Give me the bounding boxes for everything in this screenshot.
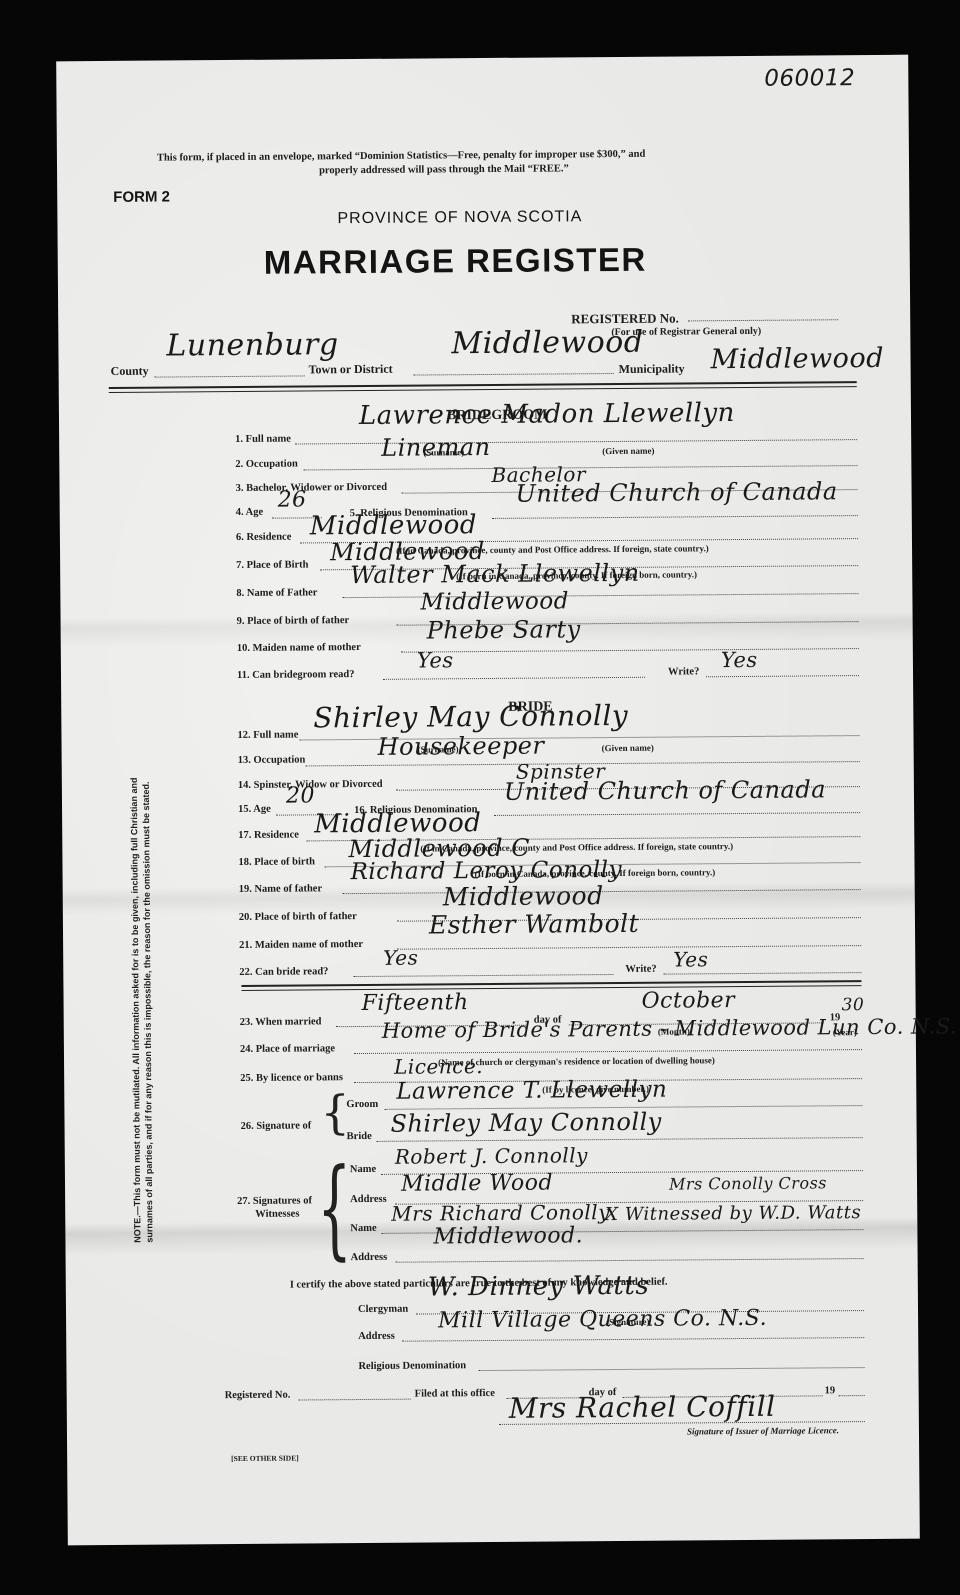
groom-full-name-label: 1. Full name bbox=[235, 434, 291, 445]
licence-or-banns-label: 25. By licence or banns bbox=[240, 1072, 343, 1084]
bride-can-read-underline bbox=[353, 974, 613, 977]
filing-registered-no-field[interactable] bbox=[299, 1399, 411, 1401]
county-underline bbox=[155, 375, 305, 377]
groom-signature[interactable]: Lawrence T. Llewellyn bbox=[396, 1077, 667, 1105]
bride-father-birthplace-label: 20. Place of birth of father bbox=[239, 911, 357, 923]
groom-religion[interactable]: United Church of Canada bbox=[515, 477, 837, 508]
header-divider bbox=[109, 381, 857, 393]
clergyman-religion-label: Religious Denomination bbox=[358, 1360, 466, 1372]
groom-can-write-underline bbox=[706, 675, 859, 677]
bride-signature-underline bbox=[377, 1137, 863, 1142]
witness2-address-underline bbox=[396, 1258, 864, 1263]
municipality-value[interactable]: Middlewood bbox=[710, 343, 884, 375]
filed-year-field[interactable] bbox=[839, 1395, 865, 1396]
bride-birthplace-label: 18. Place of birth bbox=[238, 856, 314, 868]
groom-can-write-label: Write? bbox=[668, 666, 699, 677]
bride-signature[interactable]: Shirley May Connolly bbox=[390, 1108, 661, 1138]
witness1-name-label: Name bbox=[350, 1164, 376, 1175]
groom-religion-underline bbox=[492, 515, 858, 519]
marriage-register-form: 060012 This form, if placed in an envelo… bbox=[56, 55, 920, 1546]
bride-occupation[interactable]: Housekeeper bbox=[377, 732, 544, 761]
groom-age[interactable]: 26 bbox=[278, 487, 307, 512]
issuer-signature-hint: Signature of Issuer of Marriage Licence. bbox=[687, 1425, 839, 1436]
bride-mother-label: 21. Maiden name of mother bbox=[239, 939, 363, 951]
licence-or-banns[interactable]: Licence. bbox=[394, 1054, 483, 1079]
bride-can-write-underline bbox=[663, 972, 861, 975]
county-value[interactable]: Lunenburg bbox=[166, 327, 338, 363]
bride-signature-label: Bride bbox=[347, 1131, 372, 1142]
filed-at-office-label: Filed at this office bbox=[415, 1388, 495, 1400]
bride-occupation-label: 13. Occupation bbox=[238, 754, 306, 766]
signature-of-label: 26. Signature of bbox=[241, 1120, 312, 1132]
filing-registered-no-label: Registered No. bbox=[225, 1390, 291, 1402]
groom-can-write[interactable]: Yes bbox=[721, 648, 758, 672]
groom-age-label: 4. Age bbox=[236, 507, 264, 518]
clergyman-address[interactable]: Mill Village Queens Co. N.S. bbox=[438, 1306, 767, 1334]
witnesses-brace: { bbox=[317, 1155, 352, 1263]
groom-occupation[interactable]: Lineman bbox=[381, 433, 491, 462]
bride-mother-maiden-name[interactable]: Esther Wambolt bbox=[429, 909, 639, 940]
when-married-label: 23. When married bbox=[240, 1016, 322, 1028]
filed-year-prefix: 19 bbox=[825, 1385, 836, 1396]
witnesses-label-line1: 27. Signatures of bbox=[237, 1195, 312, 1207]
groom-father-birthplace[interactable]: Middlewood bbox=[420, 588, 569, 615]
groom-mother-underline bbox=[401, 648, 859, 653]
bride-age[interactable]: 20 bbox=[286, 783, 315, 808]
witness1-note: Mrs Conolly Cross bbox=[669, 1173, 827, 1193]
groom-birthplace-label: 7. Place of Birth bbox=[236, 559, 308, 571]
place-of-marriage-underline bbox=[354, 1049, 862, 1054]
witness2-name-label: Name bbox=[350, 1223, 376, 1234]
witness1-name[interactable]: Robert J. Connolly bbox=[395, 1143, 588, 1169]
witness1-address[interactable]: Middle Wood bbox=[401, 1171, 553, 1197]
bride-divider bbox=[241, 980, 861, 991]
page-title: MARRIAGE REGISTER bbox=[264, 241, 647, 282]
witness2-note: X Witnessed by W.D. Watts bbox=[605, 1202, 861, 1225]
bride-religion-underline bbox=[494, 812, 860, 816]
groom-can-read[interactable]: Yes bbox=[417, 648, 454, 672]
groom-full-name-underline bbox=[295, 439, 857, 444]
see-other-side: [SEE OTHER SIDE] bbox=[231, 1454, 299, 1464]
groom-full-name[interactable]: Lawrence Madon Llewellyn bbox=[359, 398, 735, 431]
bride-full-name-label: 12. Full name bbox=[237, 729, 298, 740]
marriage-day[interactable]: Fifteenth bbox=[361, 990, 468, 1016]
witnesses-label-line2: Witnesses bbox=[255, 1208, 299, 1219]
groom-mother-maiden-name[interactable]: Phebe Sarty bbox=[427, 615, 581, 644]
clergyman-address-label: Address bbox=[358, 1331, 395, 1342]
witness2-address[interactable]: Middlewood. bbox=[433, 1223, 583, 1249]
bride-age-label: 15. Age bbox=[238, 804, 271, 815]
province-heading: PROVINCE OF NOVA SCOTIA bbox=[337, 208, 582, 228]
bride-mother-underline bbox=[397, 945, 861, 950]
side-note-line2: surnames of all parties, and if for any … bbox=[140, 777, 156, 1242]
bride-religion[interactable]: United Church of Canada bbox=[504, 775, 826, 806]
groom-occupation-label: 2. Occupation bbox=[235, 458, 298, 469]
marriage-month[interactable]: October bbox=[641, 988, 735, 1014]
witness1-address-label: Address bbox=[350, 1194, 387, 1205]
bride-residence-label: 17. Residence bbox=[238, 829, 299, 840]
clergyman-label: Clergyman bbox=[358, 1304, 408, 1315]
clergyman-signature[interactable]: W. Dinney Watts bbox=[428, 1271, 650, 1303]
groom-residence-label: 6. Residence bbox=[236, 532, 292, 543]
groom-marital-status-label: 3. Bachelor, Widower or Divorced bbox=[236, 482, 388, 494]
groom-father-label: 8. Name of Father bbox=[236, 587, 317, 599]
place-of-marriage[interactable]: Home of Bride's Parents - Middlewood Lun… bbox=[382, 1014, 957, 1043]
marriage-year[interactable]: 30 bbox=[842, 995, 865, 1015]
bride-can-read[interactable]: Yes bbox=[383, 946, 418, 970]
file-number: 060012 bbox=[764, 65, 855, 92]
clergyman-address-underline bbox=[402, 1337, 864, 1342]
side-note: NOTE.—This form must not be mutilated. A… bbox=[128, 777, 156, 1242]
bride-can-read-label: 22. Can bride read? bbox=[239, 966, 328, 978]
groom-signature-label: Groom bbox=[346, 1099, 378, 1110]
town-label: Town or District bbox=[309, 362, 393, 378]
groom-can-read-underline bbox=[383, 677, 645, 680]
issuer-signature[interactable]: Mrs Rachel Coffill bbox=[509, 1390, 776, 1425]
municipality-label: Municipality bbox=[619, 361, 685, 377]
groom-can-read-label: 11. Can bridegroom read? bbox=[237, 669, 355, 681]
clergyman-religion-field bbox=[478, 1367, 864, 1371]
bride-full-name[interactable]: Shirley May Connolly bbox=[313, 699, 628, 734]
bride-given-name-hint: (Given name) bbox=[602, 743, 654, 753]
county-label: County bbox=[111, 364, 149, 379]
town-underline bbox=[414, 373, 614, 376]
bride-father-label: 19. Name of father bbox=[239, 883, 322, 895]
bride-can-write[interactable]: Yes bbox=[673, 947, 708, 971]
mail-notice-line2: properly addressed will pass through the… bbox=[319, 163, 569, 176]
groom-mother-label: 10. Maiden name of mother bbox=[237, 642, 361, 654]
bride-can-write-label: Write? bbox=[625, 964, 656, 975]
groom-father[interactable]: Walter Mack Llewellyn bbox=[350, 559, 640, 589]
bride-father-birthplace[interactable]: Middlewood bbox=[443, 881, 604, 911]
signature-brace: { bbox=[320, 1089, 350, 1135]
place-of-marriage-label: 24. Place of marriage bbox=[240, 1043, 335, 1055]
mail-notice-line1: This form, if placed in an envelope, mar… bbox=[157, 149, 645, 164]
registered-no-field[interactable] bbox=[688, 319, 838, 321]
groom-father-birthplace-label: 9. Place of birth of father bbox=[237, 615, 350, 627]
form-number: FORM 2 bbox=[113, 188, 170, 205]
witness2-address-label: Address bbox=[351, 1252, 388, 1263]
town-value[interactable]: Middlewood bbox=[451, 325, 643, 362]
witness2-name[interactable]: Mrs Richard Conolly bbox=[391, 1200, 610, 1226]
groom-given-name-hint: (Given name) bbox=[602, 446, 654, 456]
